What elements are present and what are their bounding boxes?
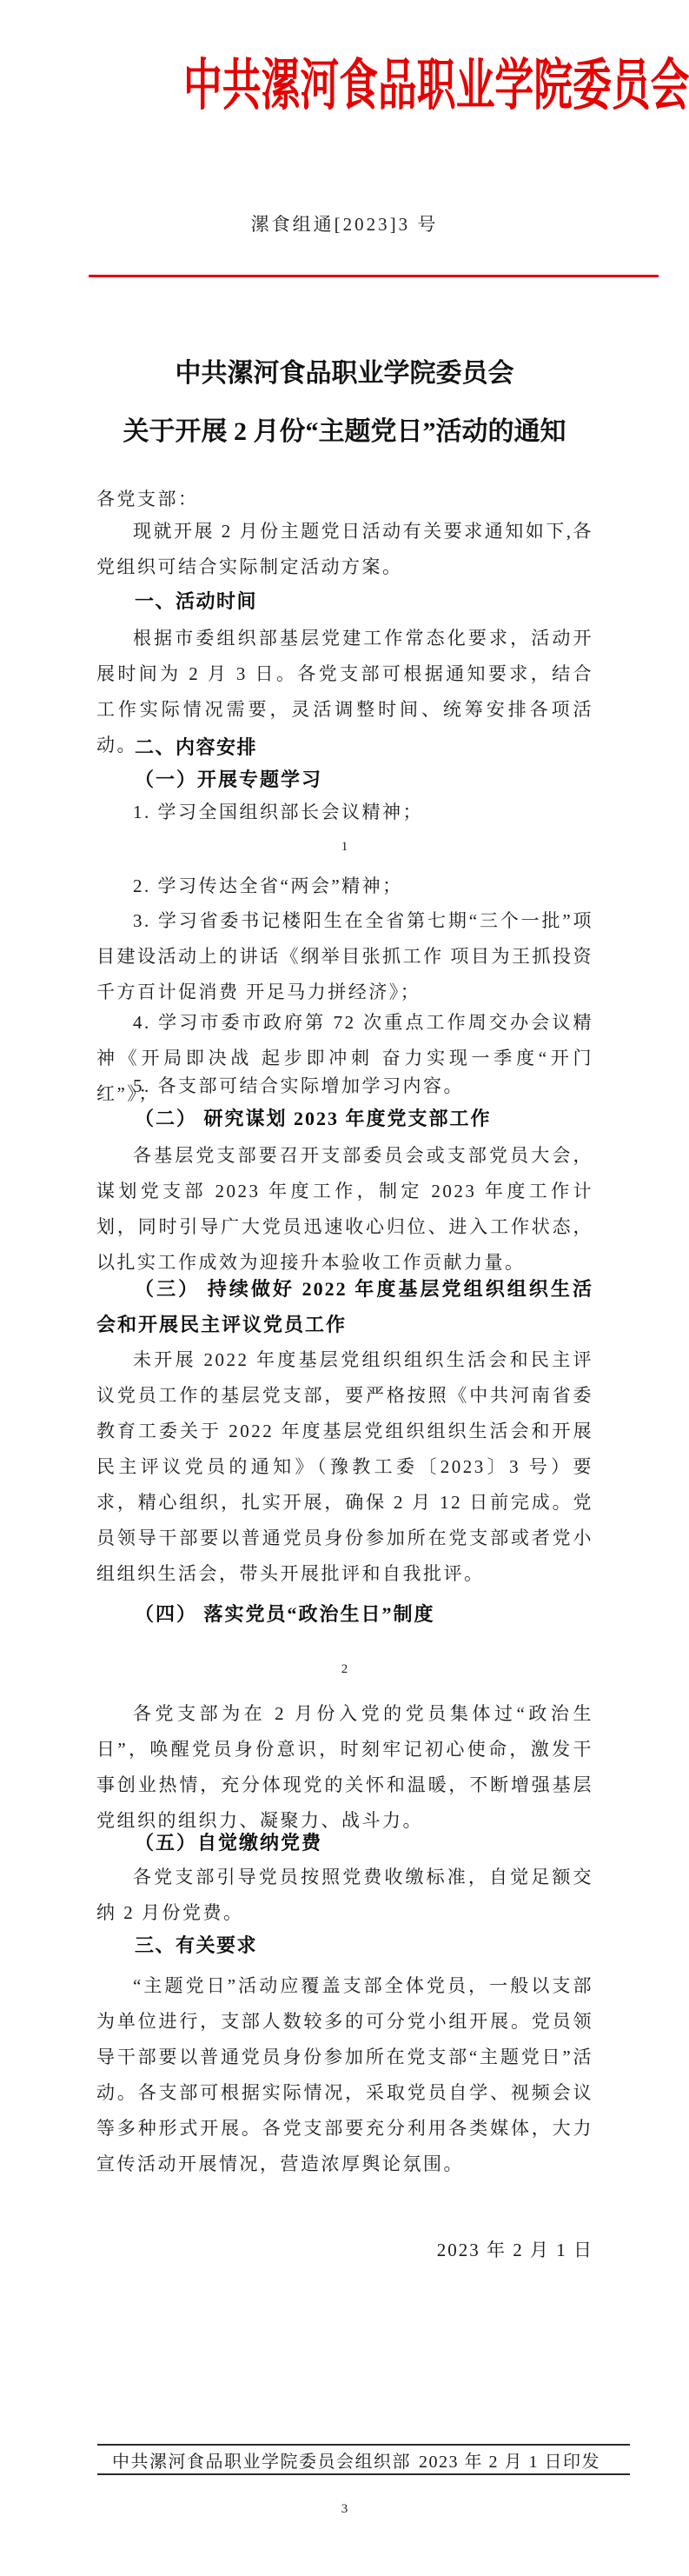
body-paragraph: 各党支部引导党员按照党费收缴标准，自觉足额交纳 2 月份党费。 (96, 1860, 593, 1931)
section-heading-1: 一、活动时间 (96, 583, 593, 619)
signature-date: 2023 年 2 月 1 日 (96, 2236, 593, 2262)
section-heading-3: 三、有关要求 (96, 1927, 593, 1963)
body-paragraph: 各党支部为在 2 月份入党的党员集体过“政治生日”，唤醒党员身份意识，时刻牢记初… (96, 1696, 593, 1839)
document-title-subject: 关于开展 2 月份“主题党日”活动的通知 (0, 413, 689, 451)
document-number: 漯食组通[2023]3 号 (0, 210, 689, 236)
document-title-org: 中共漯河食品职业学院委员会 (0, 355, 689, 393)
document-page: 中共漯河食品职业学院委员会文件 漯食组通[2023]3 号 中共漯河食品职业学院… (0, 0, 689, 2576)
masthead-title: 中共漯河食品职业学院委员会文件 (183, 49, 689, 123)
subsection-heading-4: （四） 落实党员“政治生日”制度 (96, 1596, 593, 1632)
subsection-heading-1: （一）开展专题学习 (96, 762, 593, 797)
salutation: 各党支部： (96, 482, 593, 517)
footer-issuer: 中共漯河食品职业学院委员会组织部 (112, 2447, 411, 2473)
red-divider-rule (89, 275, 659, 277)
body-paragraph: 各基层党支部要召开支部委员会或支部党员大会，谋划党支部 2023 年度工作，制定… (96, 1138, 593, 1281)
subsection-heading-5: （五）自觉缴纳党费 (96, 1825, 593, 1860)
body-paragraph: 现就开展 2 月份主题党日活动有关要求通知如下,各党组织可结合实际制定活动方案。 (96, 514, 593, 585)
body-paragraph: 未开展 2022 年度基层党组织组织生活会和民主评议党员工作的基层党支部，要严格… (96, 1342, 593, 1592)
footer-bar: 中共漯河食品职业学院委员会组织部 2023 年 2 月 1 日印发 (97, 2444, 630, 2475)
footer-print-date: 2023 年 2 月 1 日印发 (419, 2447, 600, 2473)
page-number-2: 2 (0, 1662, 689, 1677)
page-number-1: 1 (0, 840, 689, 855)
masthead: 中共漯河食品职业学院委员会文件 (58, 49, 689, 123)
body-paragraph: “主题党日”活动应覆盖支部全体党员，一般以支部为单位进行，支部人数较多的可分党小… (96, 1968, 593, 2182)
section-heading-2: 二、内容安排 (96, 729, 593, 765)
page-number-3: 3 (0, 2502, 689, 2517)
subsection-heading-2: （二） 研究谋划 2023 年度党支部工作 (96, 1101, 593, 1136)
list-item-5: 5. 各支部可结合实际增加学习内容。 (96, 1068, 593, 1104)
list-item-2: 2. 学习传达全省“两会”精神； (96, 869, 593, 904)
list-item-3: 3. 学习省委书记楼阳生在全省第七期“三个一批”项目建设活动上的讲话《纲举目张抓… (96, 903, 593, 1010)
list-item-1: 1. 学习全国组织部长会议精神； (96, 795, 593, 830)
subsection-heading-3: （三） 持续做好 2022 年度基层党组织组织生活会和开展民主评议党员工作 (96, 1271, 593, 1342)
